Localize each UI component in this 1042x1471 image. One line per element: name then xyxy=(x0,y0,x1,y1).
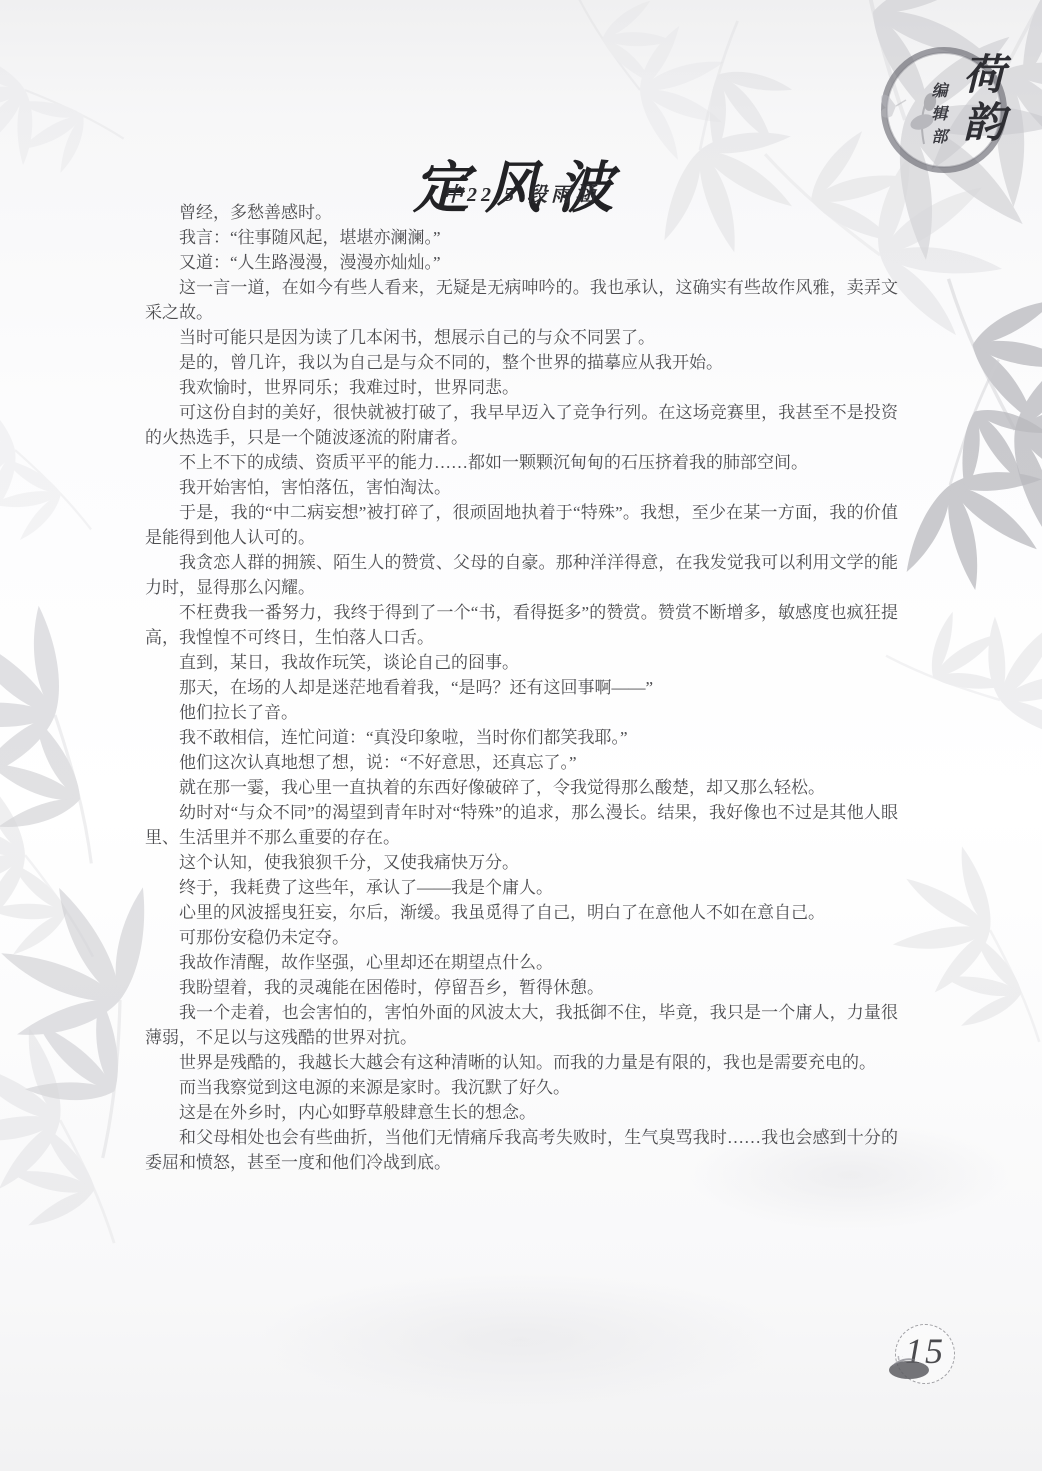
paragraph: 于是，我的“中二病妄想”被打碎了，很顽固地执着于“特殊”。我想，至少在某一方面，… xyxy=(145,500,898,550)
paragraph: 直到，某日，我故作玩笑，谈论自己的囧事。 xyxy=(145,650,898,675)
paragraph: 我盼望着，我的灵魂能在困倦时，停留吾乡，暂得休憩。 xyxy=(145,975,898,1000)
paragraph: 和父母相处也会有些曲折，当他们无情痛斥我高考失败时，生气臭骂我时……我也会感到十… xyxy=(145,1125,898,1175)
paragraph: 世界是残酷的，我越长大越会有这种清晰的认知。而我的力量是有限的，我也是需要充电的… xyxy=(145,1050,898,1075)
seal-title: 荷韵 xyxy=(957,52,1002,148)
paragraph: 我贪恋人群的拥簇、陌生人的赞赏、父母的自豪。那种洋洋得意，在我发觉我可以利用文学… xyxy=(145,550,898,600)
butterfly-icon xyxy=(881,95,906,118)
paragraph: 我故作清醒，故作坚强，心里却还在期望点什么。 xyxy=(145,950,898,975)
paragraph: 终于，我耗费了这些年，承认了——我是个庸人。 xyxy=(145,875,898,900)
paragraph: 这个认知，使我狼狈千分，又使我痛快万分。 xyxy=(145,850,898,875)
paragraph: 幼时对“与众不同”的渴望到青年时对“特殊”的追求，那么漫长。结果，我好像也不过是… xyxy=(145,800,898,850)
paragraph: 这是在外乡时，内心如野草般肆意生长的想念。 xyxy=(145,1100,898,1125)
article-body: 曾经，多愁善感时。我言：“往事随风起，堪堪亦澜澜。”又道：“人生路漫漫，漫漫亦灿… xyxy=(145,200,898,1175)
paragraph: 他们拉长了音。 xyxy=(145,700,898,725)
paragraph: 我言：“往事随风起，堪堪亦澜澜。” xyxy=(145,225,898,250)
paragraph: 就在那一霎，我心里一直执着的东西好像破碎了，令我觉得那么酸楚，却又那么轻松。 xyxy=(145,775,898,800)
paragraph: 又道：“人生路漫漫，漫漫亦灿灿。” xyxy=(145,250,898,275)
paragraph: 我欢愉时，世界同乐；我难过时，世界同悲。 xyxy=(145,375,898,400)
paragraph: 当时可能只是因为读了几本闲书，想展示自己的与众不同罢了。 xyxy=(145,325,898,350)
paragraph: 不枉费我一番努力，我终于得到了一个“书，看得挺多”的赞赏。赞赏不断增多，敏感度也… xyxy=(145,600,898,650)
paragraph: 我开始害怕，害怕落伍，害怕淘汰。 xyxy=(145,475,898,500)
paragraph: 是的，曾几许，我以为自己是与众不同的，整个世界的描摹应从我开始。 xyxy=(145,350,898,375)
paragraph: 心里的风波摇曳狂妄，尔后，渐缓。我虽觅得了自己，明白了在意他人不如在意自己。 xyxy=(145,900,898,925)
paragraph: 不上不下的成绩、资质平平的能力……都如一颗颗沉甸甸的石压挤着我的肺部空间。 xyxy=(145,450,898,475)
paragraph: 我不敢相信，连忙问道：“真没印象啦，当时你们都笑我耶。” xyxy=(145,725,898,750)
seal-department: 编辑部 xyxy=(928,82,946,151)
paragraph: 那天，在场的人却是迷茫地看着我，“是吗？还有这回事啊——” xyxy=(145,675,898,700)
paragraph: 可那份安稳仍未定夺。 xyxy=(145,925,898,950)
paragraph: 可这份自封的美好，很快就被打破了，我早早迈入了竞争行列。在这场竞赛里，我甚至不是… xyxy=(145,400,898,450)
paragraph: 这一言一道，在如今有些人看来，无疑是无病呻吟的。我也承认，这确实有些故作风雅，卖… xyxy=(145,275,898,325)
paragraph: 他们这次认真地想了想，说：“不好意思，还真忘了。” xyxy=(145,750,898,775)
ink-wash xyxy=(260,1270,780,1410)
paragraph: 我一个走着，也会害怕的，害怕外面的风波太大，我抵御不住，毕竟，我只是一个庸人，力… xyxy=(145,1000,898,1050)
lotus-leaf-icon xyxy=(885,1356,937,1382)
page-number-badge: 15 xyxy=(891,1322,959,1388)
magazine-page: 荷韵 编辑部 定风波 中22.5 段雨涵 曾经，多愁善感时。我言：“往事随风起，… xyxy=(0,0,1042,1471)
paragraph: 曾经，多愁善感时。 xyxy=(145,200,898,225)
paragraph: 而当我察觉到这电源的来源是家时。我沉默了好久。 xyxy=(145,1075,898,1100)
